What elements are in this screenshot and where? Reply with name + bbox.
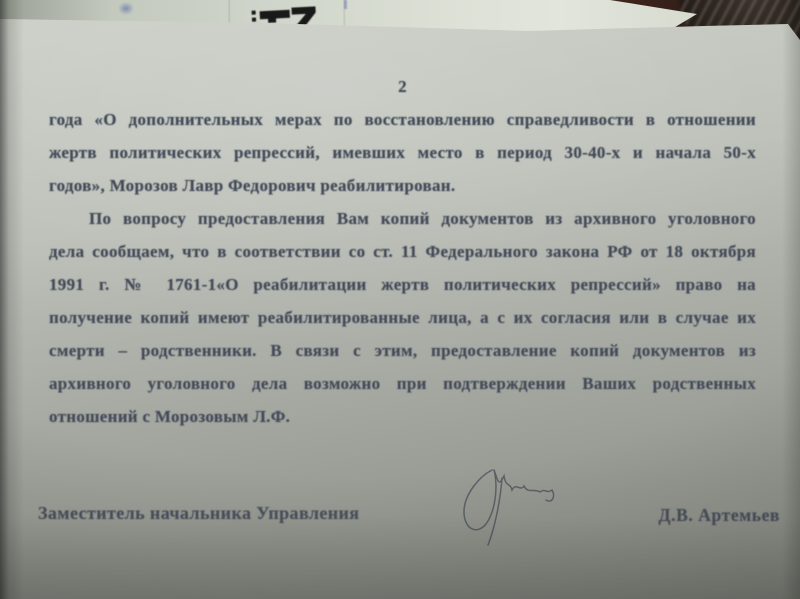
signatory-name: Д.В. Артемьев <box>658 498 780 530</box>
blue-ink-tick <box>344 0 347 9</box>
document-text: 2 года «О дополнительных мерах по восста… <box>49 70 756 433</box>
text-line: жертв политических репрессий, имевших ме… <box>49 136 756 169</box>
blue-ink-mark <box>118 2 134 15</box>
text-line: архивного уголовного дела возможно при п… <box>49 367 756 400</box>
text-line: отношений с Морозовым Л.Ф. <box>49 400 756 433</box>
text-line: смерти – родственники. В связи с этим, п… <box>49 334 756 367</box>
signature <box>440 452 570 562</box>
paragraph-2: По вопросу предоставления Вам копий доку… <box>49 202 756 433</box>
text-line: года «О дополнительных мерах по восстано… <box>49 103 756 136</box>
signature-block: Заместитель начальника Управления Д.В. А… <box>38 498 780 530</box>
text-line: годов», Морозов Лавр Федорович реабилити… <box>49 169 756 202</box>
photo-of-document: 2 года «О дополнительных мерах по восста… <box>0 0 800 599</box>
text-line: дела сообщаем, что в соответствии со ст.… <box>49 235 756 268</box>
text-line: По вопросу предоставления Вам копий доку… <box>49 202 756 235</box>
signatory-title: Заместитель начальника Управления <box>38 498 359 528</box>
page-number: 2 <box>49 70 756 103</box>
text-line: 1991 г. № 1761-1«О реабилитации жертв по… <box>49 268 756 301</box>
paragraph-1: года «О дополнительных мерах по восстано… <box>49 103 756 202</box>
text-line: получение копий имеют реабилитированные … <box>49 301 756 334</box>
